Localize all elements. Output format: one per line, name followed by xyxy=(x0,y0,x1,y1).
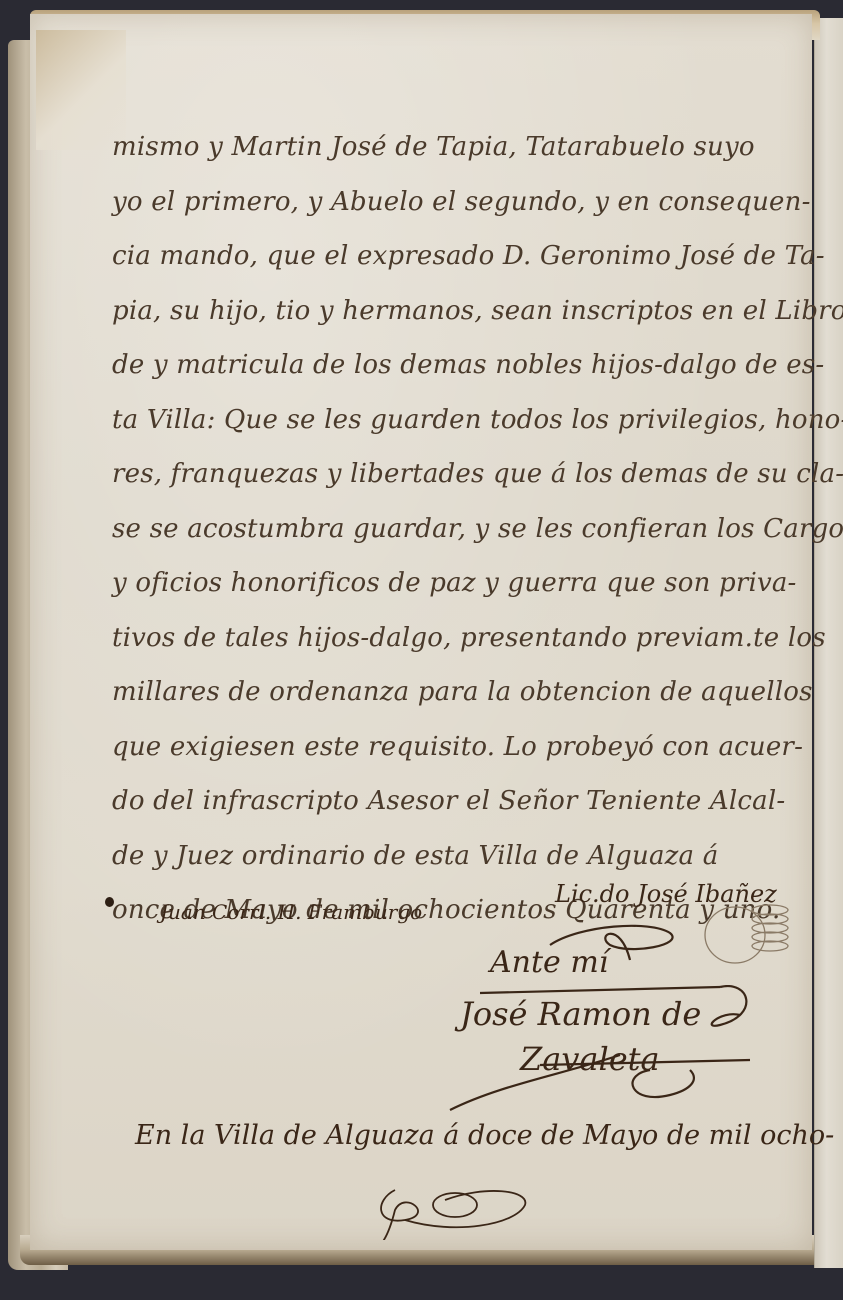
manuscript-line: tivos de tales hijos-dalgo, presentando … xyxy=(112,611,802,666)
manuscript-line: y oficios honorificos de paz y guerra qu… xyxy=(112,556,802,611)
scribe-signature: Juan Corrl. H. Framburgo xyxy=(160,900,422,924)
manuscript-line: de y matricula de los demas nobles hijos… xyxy=(112,338,802,393)
manuscript-line: de y Juez ordinario de esta Villa de Alg… xyxy=(112,829,802,884)
manuscript-body: mismo y Martin José de Tapia, Tatarabuel… xyxy=(112,120,802,938)
manuscript-line: res, franquezas y libertades que á los d… xyxy=(112,447,802,502)
manuscript-line: pia, su hijo, tio y hermanos, sean inscr… xyxy=(112,284,802,339)
manuscript-line: se se acostumbra guardar, y se les confi… xyxy=(112,502,802,557)
manuscript-line: que exigiesen este requisito. Lo probeyó… xyxy=(112,720,802,775)
ante-mi-label: Ante mí xyxy=(490,945,608,980)
manuscript-line: yo el primero, y Abuelo el segundo, y en… xyxy=(112,175,802,230)
manuscript-line: mismo y Martin José de Tapia, Tatarabuel… xyxy=(112,120,802,175)
manuscript-line: ta Villa: Que se les guarden todos los p… xyxy=(112,393,802,448)
notary-rubric-icon xyxy=(420,985,780,1115)
closing-line: En la Villa de Alguaza á doce de Mayo de… xyxy=(135,1120,834,1151)
manuscript-line: do del infrascripto Asesor el Señor Teni… xyxy=(112,774,802,829)
closing-flourish-icon xyxy=(365,1180,545,1240)
rubric-flourish-icon xyxy=(700,895,800,975)
ink-blot xyxy=(105,897,114,907)
manuscript-line: millares de ordenanza para la obtencion … xyxy=(112,665,802,720)
manuscript-line: cia mando, que el expresado D. Geronimo … xyxy=(112,229,802,284)
